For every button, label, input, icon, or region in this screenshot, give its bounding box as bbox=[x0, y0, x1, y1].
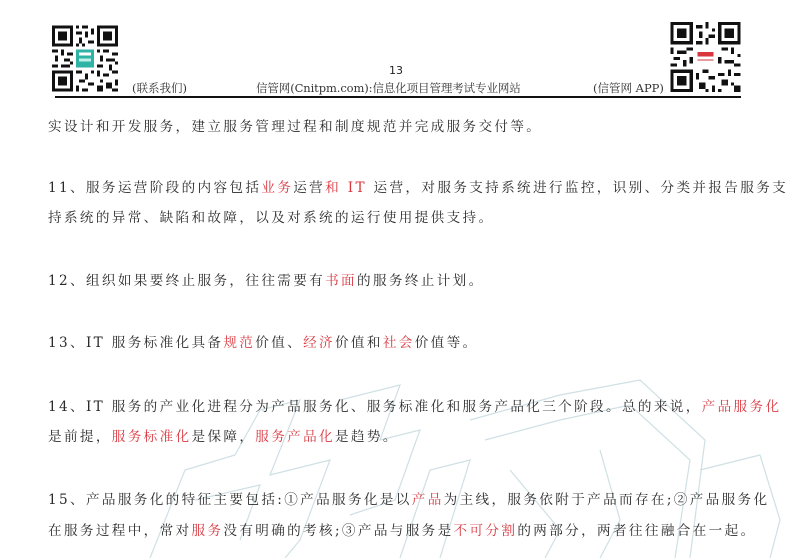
paragraph-11: 11、服务运营阶段的内容包括业务运营和 IT 运营，对服务支持系统进行监控，识别… bbox=[48, 179, 788, 197]
paragraph-13: 13、IT 服务标准化具备规范价值、经济价值和社会价值等。 bbox=[48, 334, 479, 352]
text-segment: 13、IT 服务标准化具备 bbox=[48, 335, 223, 351]
highlighted-keyword: 产品 bbox=[412, 492, 444, 508]
contact-us-label: (联系我们) bbox=[132, 80, 187, 96]
highlighted-keyword: 书面 bbox=[325, 273, 357, 289]
text-segment: 12、组织如果要终止服务，往往需要有 bbox=[48, 273, 325, 289]
text-segment: 是保障， bbox=[192, 429, 256, 445]
text-segment: 在服务过程中，常对 bbox=[48, 523, 192, 539]
site-title: 信管网(Cnitpm.com):信息化项目管理考试专业网站 bbox=[256, 80, 521, 96]
text-segment: 没有明确的考核;③产品与服务是 bbox=[223, 523, 453, 539]
highlighted-keyword: 业务 bbox=[261, 180, 293, 196]
paragraph-14-continued: 是前提，服务标准化是保障，服务产品化是趋势。 bbox=[48, 428, 399, 446]
highlighted-keyword: 不可分割 bbox=[454, 523, 518, 539]
text-segment: 为主线，服务依附于产品而存在;②产品服务化 bbox=[444, 492, 770, 508]
paragraph-10-continued: 实设计和开发服务，建立服务管理过程和制度规范并完成服务交付等。 bbox=[48, 118, 542, 136]
text-segment: 持系统的异常、缺陷和故障，以及对系统的运行使用提供支持。 bbox=[48, 210, 494, 226]
highlighted-keyword: 经济 bbox=[303, 335, 335, 351]
text-segment: 运营，对服务支持系统进行监控，识别、分类并报告服务支 bbox=[367, 180, 788, 196]
paragraph-11-continued: 持系统的异常、缺陷和故障，以及对系统的运行使用提供支持。 bbox=[48, 209, 494, 227]
highlighted-keyword: 规范 bbox=[223, 335, 255, 351]
text-segment: 价值等。 bbox=[415, 335, 479, 351]
highlighted-keyword: 和 IT bbox=[325, 180, 367, 196]
text-segment: 的服务终止计划。 bbox=[357, 273, 485, 289]
text-segment: 是前提， bbox=[48, 429, 112, 445]
qr-code-icon bbox=[670, 22, 741, 92]
header-divider bbox=[55, 96, 741, 98]
text-segment: 是趋势。 bbox=[335, 429, 399, 445]
page-number: 13 bbox=[389, 64, 403, 77]
text-segment: 的两部分，两者往往融合在一起。 bbox=[517, 523, 756, 539]
qr-code-icon bbox=[52, 25, 118, 92]
text-segment: 价值、 bbox=[255, 335, 303, 351]
contact-qr-code[interactable] bbox=[52, 25, 118, 92]
paragraph-14: 14、IT 服务的产业化进程分为产品服务化、服务标准化和服务产品化三个阶段。总的… bbox=[48, 398, 781, 416]
highlighted-keyword: 服务 bbox=[192, 523, 224, 539]
paragraph-15-continued: 在服务过程中，常对服务没有明确的考核;③产品与服务是不可分割的两部分，两者往往融… bbox=[48, 522, 756, 540]
text-segment: 价值和 bbox=[335, 335, 383, 351]
text-segment: 运营 bbox=[293, 180, 325, 196]
text-segment: 实设计和开发服务，建立服务管理过程和制度规范并完成服务交付等。 bbox=[48, 119, 542, 135]
highlighted-keyword: 产品服务化 bbox=[702, 399, 782, 415]
paragraph-12: 12、组织如果要终止服务，往往需要有书面的服务终止计划。 bbox=[48, 272, 485, 290]
text-segment: 11、服务运营阶段的内容包括 bbox=[48, 180, 261, 196]
paragraph-15: 15、产品服务化的特征主要包括:①产品服务化是以产品为主线，服务依附于产品而存在… bbox=[48, 491, 769, 509]
app-label: (信管网 APP) bbox=[593, 80, 664, 96]
highlighted-keyword: 社会 bbox=[383, 335, 415, 351]
app-qr-code[interactable] bbox=[670, 22, 741, 92]
text-segment: 14、IT 服务的产业化进程分为产品服务化、服务标准化和服务产品化三个阶段。总的… bbox=[48, 399, 702, 415]
text-segment: 15、产品服务化的特征主要包括:①产品服务化是以 bbox=[48, 492, 412, 508]
highlighted-keyword: 服务标准化 bbox=[112, 429, 192, 445]
highlighted-keyword: 服务产品化 bbox=[255, 429, 335, 445]
